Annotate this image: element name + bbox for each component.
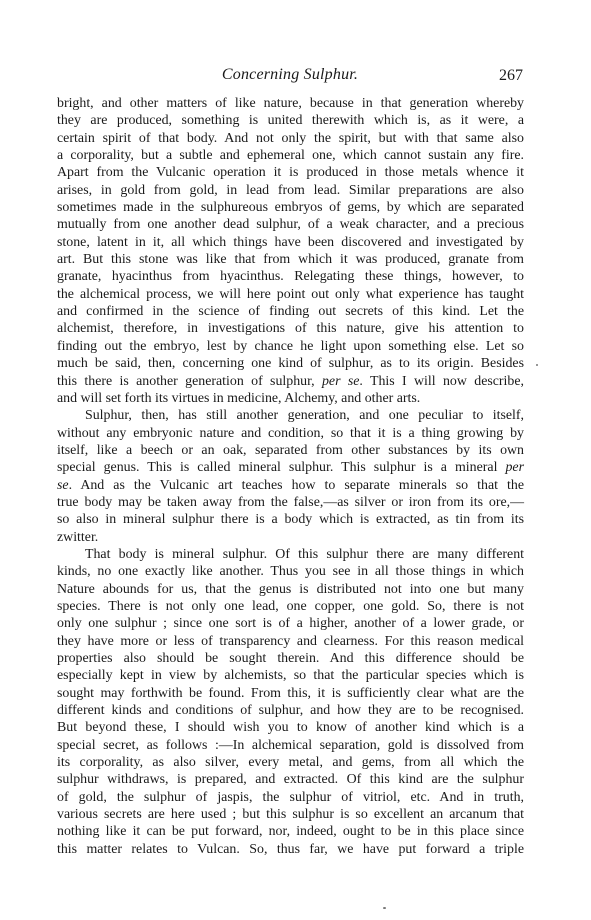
chapter-title: Concerning Sulphur.: [57, 66, 523, 84]
text-line: alchemist, therefore, in investigations …: [57, 320, 524, 337]
text-line: certain spirit of that body. And not onl…: [57, 130, 524, 147]
text-line: properties also should be sought therein…: [57, 650, 524, 667]
text-line: sometimes made in the sulphureous embryo…: [57, 199, 524, 216]
text-line: kinds, no one exactly like another. Thus…: [57, 563, 524, 580]
text-line: Sulphur, then, has still another generat…: [57, 407, 524, 424]
text-line: only one sulphur ; since one sort is of …: [57, 615, 524, 632]
text-line: much be said, then, concerning one kind …: [57, 355, 524, 372]
text-segment: . And as the Vulcanic art teaches how to…: [69, 478, 524, 493]
text-line: a corporality, but a subtle and ephemera…: [57, 147, 524, 164]
text-line: and confirmed in the science of finding …: [57, 303, 524, 320]
italic-phrase: per: [505, 460, 524, 475]
text-line: various secrets are here used ; but this…: [57, 806, 524, 823]
page-number: 267: [499, 67, 523, 85]
body-text: bright, and other matters of like nature…: [57, 95, 524, 858]
text-line: sought may forthwith be found. From this…: [57, 685, 524, 702]
text-line: especially kept in view by alchemists, s…: [57, 667, 524, 684]
text-segment: special genus. This is called mineral su…: [57, 460, 505, 475]
text-line: species. There is not only one lead, one…: [57, 598, 524, 615]
text-line: they are produced, something is united t…: [57, 112, 524, 129]
text-line: special secret, as follows :—In alchemic…: [57, 737, 524, 754]
text-line: But beyond these, I should wish you to k…: [57, 719, 524, 736]
text-line: without any embryonic nature and conditi…: [57, 425, 524, 442]
text-line: That body is mineral sulphur. Of this su…: [57, 546, 524, 563]
text-line: itself, like a beech or an oak, separate…: [57, 442, 524, 459]
text-line: Apart from the Vulcanic operation it is …: [57, 164, 524, 181]
text-line: stone, latent in it, all which things ha…: [57, 234, 524, 251]
text-line: Nature abounds for us, that the genus is…: [57, 581, 524, 598]
text-line: se. And as the Vulcanic art teaches how …: [57, 477, 524, 494]
text-line: this matter relates to Vulcan. So, thus …: [57, 841, 524, 858]
text-line: sulphur withdraws, is prepared, and extr…: [57, 771, 524, 788]
text-line: of gold, the sulphur of jaspis, the sulp…: [57, 789, 524, 806]
text-line: its corporality, as also silver, every m…: [57, 754, 524, 771]
text-line: zwitter.: [57, 529, 524, 546]
italic-phrase: per se: [322, 374, 359, 389]
scan-speck: [383, 907, 386, 909]
text-line: the alchemical process, we will here poi…: [57, 286, 524, 303]
text-segment: this there is another generation of sulp…: [57, 374, 322, 389]
scan-speck: [536, 364, 538, 366]
text-line: so also in mineral sulphur there is a bo…: [57, 511, 524, 528]
text-line: nothing like it can be put forward, nor,…: [57, 823, 524, 840]
text-line: finding out the embryo, lest by chance h…: [57, 338, 524, 355]
text-line: mutually from one another dead sulphur, …: [57, 216, 524, 233]
text-line: granate, hyacinthus from hyacinthus. Rel…: [57, 268, 524, 285]
text-line: bright, and other matters of like nature…: [57, 95, 524, 112]
text-line: this there is another generation of sulp…: [57, 373, 524, 390]
text-segment: . This I will now describe,: [359, 374, 524, 389]
text-line: special genus. This is called mineral su…: [57, 459, 524, 476]
running-header: Concerning Sulphur. 267: [57, 66, 523, 88]
book-page: Concerning Sulphur. 267 bright, and othe…: [0, 0, 591, 920]
italic-phrase: se: [57, 478, 69, 493]
text-line: art. But this stone was like that from w…: [57, 251, 524, 268]
text-line: true body may be taken away from the fal…: [57, 494, 524, 511]
text-line: and will set forth its virtues in medici…: [57, 390, 524, 407]
text-line: arises, in gold from gold, in lead from …: [57, 182, 524, 199]
text-line: different kinds and conditions of sulphu…: [57, 702, 524, 719]
text-line: they have more or less of transparency a…: [57, 633, 524, 650]
